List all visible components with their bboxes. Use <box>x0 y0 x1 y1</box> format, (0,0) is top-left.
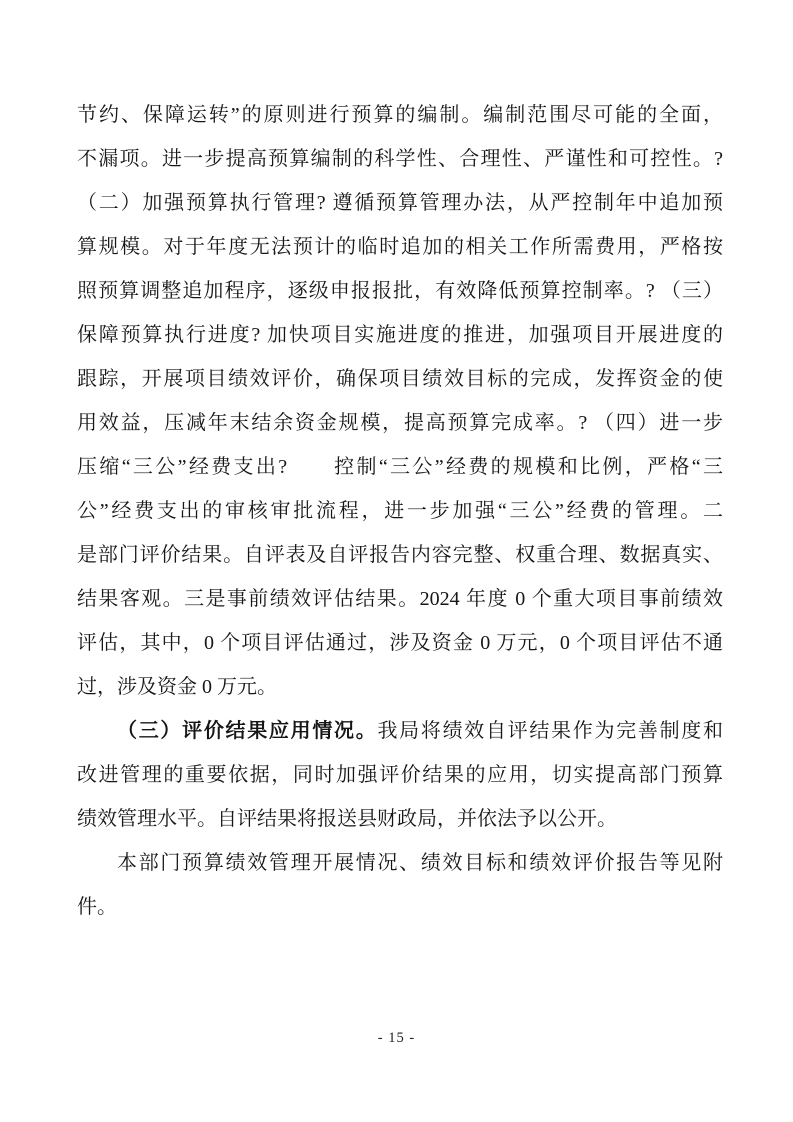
text-segment: 压缩“三公”经费支出? 控制“三公”经费的规模和比例，严格“三 <box>77 456 723 478</box>
text-segment: 照预算调整追加程序，逐级申报报批，有效降低预算控制率。? （三） <box>77 280 723 302</box>
text-line: 不漏项。进一步提高预算编制的科学性、合理性、严谨性和可控性。? <box>77 137 723 181</box>
text-segment: 结果客观。三是事前绩效评估结果。2024 年度 0 个重大项目事前绩效 <box>77 588 723 610</box>
text-line: 保障预算执行进度? 加快项目实施进度的推进，加强项目开展进度的 <box>77 313 723 357</box>
text-segment: 保障预算执行进度? 加快项目实施进度的推进，加强项目开展进度的 <box>77 324 723 346</box>
text-line: 用效益，压减年末结余资金规模，提高预算完成率。? （四）进一步 <box>77 401 723 445</box>
text-segment: 跟踪，开展项目绩效评价，确保项目绩效目标的完成，发挥资金的使 <box>77 368 723 390</box>
text-line: 公”经费支出的审核审批流程，进一步加强“三公”经费的管理。二 <box>77 489 723 533</box>
text-segment: 本部门预算绩效管理开展情况、绩效目标和绩效评价报告等见附 <box>117 852 723 874</box>
page-number: - 15 - <box>0 1030 793 1047</box>
body-text: 节约、保障运转”的原则进行预算的编制。编制范围尽可能的全面，不漏项。进一步提高预… <box>77 93 723 929</box>
text-line: （三）评价结果应用情况。我局将绩效自评结果作为完善制度和 <box>77 709 723 753</box>
text-line: 算规模。对于年度无法预计的临时追加的相关工作所需费用，严格按 <box>77 225 723 269</box>
text-segment: 评估，其中，0 个项目评估通过，涉及资金 0 万元，0 个项目评估不通 <box>77 632 723 654</box>
text-segment: 是部门评价结果。自评表及自评报告内容完整、权重合理、数据真实、 <box>77 544 723 566</box>
text-line: 过，涉及资金 0 万元。 <box>77 665 723 709</box>
text-segment: 算规模。对于年度无法预计的临时追加的相关工作所需费用，严格按 <box>77 236 723 258</box>
text-segment: 过，涉及资金 0 万元。 <box>77 676 277 698</box>
text-segment: 公”经费支出的审核审批流程，进一步加强“三公”经费的管理。二 <box>77 500 723 522</box>
text-segment: 绩效管理水平。自评结果将报送县财政局，并依法予以公开。 <box>77 808 617 830</box>
text-segment: 节约、保障运转”的原则进行预算的编制。编制范围尽可能的全面， <box>77 104 723 126</box>
text-segment: （二）加强预算执行管理? 遵循预算管理办法，从严控制年中追加预 <box>77 192 723 214</box>
text-line: 评估，其中，0 个项目评估通过，涉及资金 0 万元，0 个项目评估不通 <box>77 621 723 665</box>
text-segment: 我局将绩效自评结果作为完善制度和 <box>377 720 723 742</box>
text-line: 压缩“三公”经费支出? 控制“三公”经费的规模和比例，严格“三 <box>77 445 723 489</box>
text-segment: 改进管理的重要依据，同时加强评价结果的应用，切实提高部门预算 <box>77 764 723 786</box>
text-line: 节约、保障运转”的原则进行预算的编制。编制范围尽可能的全面， <box>77 93 723 137</box>
text-line: 绩效管理水平。自评结果将报送县财政局，并依法予以公开。 <box>77 797 723 841</box>
text-line: 是部门评价结果。自评表及自评报告内容完整、权重合理、数据真实、 <box>77 533 723 577</box>
text-segment: 件。 <box>77 896 117 918</box>
text-line: 本部门预算绩效管理开展情况、绩效目标和绩效评价报告等见附 <box>77 841 723 885</box>
text-segment: 不漏项。进一步提高预算编制的科学性、合理性、严谨性和可控性。? <box>77 148 723 170</box>
text-segment: 用效益，压减年末结余资金规模，提高预算完成率。? （四）进一步 <box>77 412 723 434</box>
text-line: 结果客观。三是事前绩效评估结果。2024 年度 0 个重大项目事前绩效 <box>77 577 723 621</box>
text-line: 跟踪，开展项目绩效评价，确保项目绩效目标的完成，发挥资金的使 <box>77 357 723 401</box>
text-line: 件。 <box>77 885 723 929</box>
text-segment-bold: （三）评价结果应用情况。 <box>117 720 377 742</box>
document-page: 节约、保障运转”的原则进行预算的编制。编制范围尽可能的全面，不漏项。进一步提高预… <box>0 0 793 1122</box>
text-line: 照预算调整追加程序，逐级申报报批，有效降低预算控制率。? （三） <box>77 269 723 313</box>
text-line: （二）加强预算执行管理? 遵循预算管理办法，从严控制年中追加预 <box>77 181 723 225</box>
text-line: 改进管理的重要依据，同时加强评价结果的应用，切实提高部门预算 <box>77 753 723 797</box>
